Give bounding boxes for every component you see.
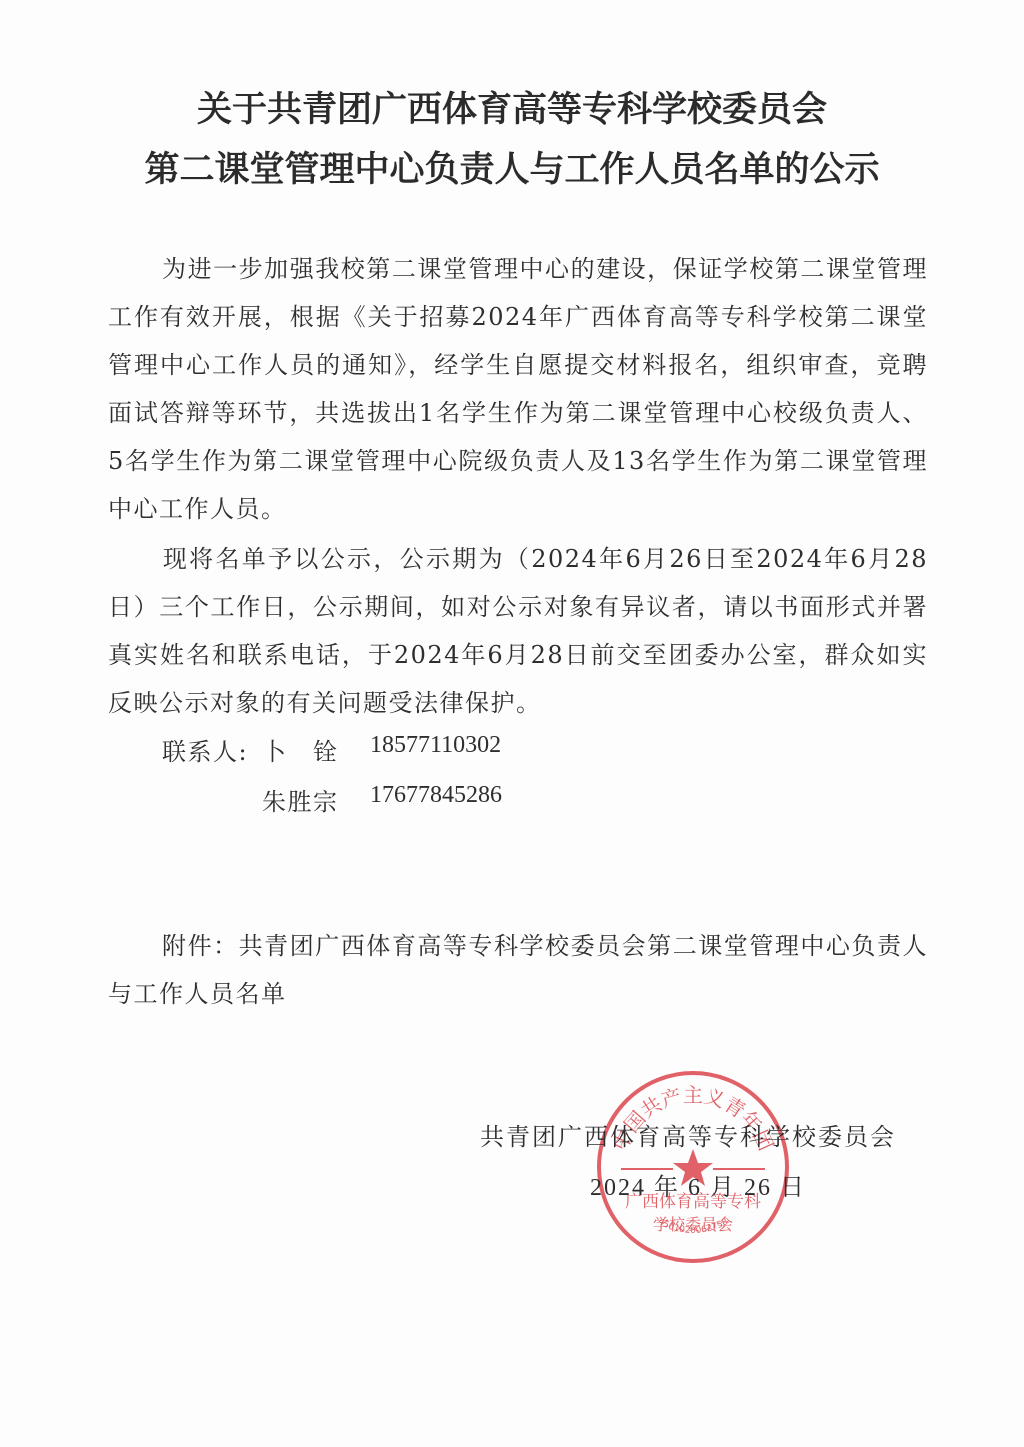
body-paragraph-2: 现将名单予以公示，公示期为（2024年6月26日至2024年6月28日）三个工作… xyxy=(108,535,928,727)
body-paragraph-1: 为进一步加强我校第二课堂管理中心的建设，保证学校第二课堂管理工作有效开展，根据《… xyxy=(108,245,928,533)
contact-1-name: 卜 铨 xyxy=(262,732,339,767)
document-page: 关于共青团广西体育高等专科学校委员会 第二课堂管理中心负责人与工作人员名单的公示… xyxy=(0,0,1024,1447)
attachment-text: 附件：共青团广西体育高等专科学校委员会第二课堂管理中心负责人与工作人员名单 xyxy=(108,932,928,1008)
document-title-line2: 第二课堂管理中心负责人与工作人员名单的公示 xyxy=(0,142,1024,192)
contact-2-phone: 17677845286 xyxy=(370,782,502,809)
contact-2-name: 朱胜宗 xyxy=(262,782,339,817)
signature-date: 2024 年 6 月 26 日 xyxy=(590,1167,806,1202)
contact-1-phone: 18577110302 xyxy=(370,732,501,759)
paragraph-2-text: 现将名单予以公示，公示期为（2024年6月26日至2024年6月28日）三个工作… xyxy=(108,545,928,717)
attachment-note: 附件：共青团广西体育高等专科学校委员会第二课堂管理中心负责人与工作人员名单 xyxy=(108,922,928,1018)
contact-label: 联系人: xyxy=(162,732,248,767)
paragraph-1-text: 为进一步加强我校第二课堂管理中心的建设，保证学校第二课堂管理工作有效开展，根据《… xyxy=(108,255,928,523)
document-title-line1: 关于共青团广西体育高等专科学校委员会 xyxy=(0,82,1024,132)
signer-organization: 共青团广西体育高等专科学校委员会 xyxy=(480,1117,896,1152)
